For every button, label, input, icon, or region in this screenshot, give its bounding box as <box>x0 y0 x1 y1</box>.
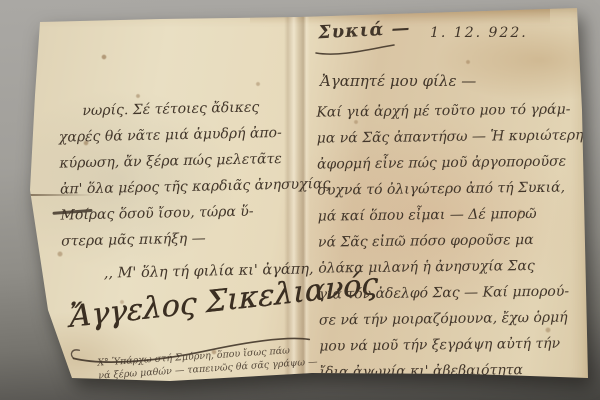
greeting-line: Ἀγαπητέ μου φίλε — <box>320 72 476 90</box>
handwriting-line: μου νά μοῦ τήν ξεγράψη αὐτή τήν <box>319 330 586 359</box>
handwriting-line: στερα μᾶς πικήξη — <box>61 223 332 255</box>
handwriting-line: Καί γιά ἀρχή μέ τοῦτο μου τό γράμ- <box>316 96 583 125</box>
date: 1. 12. 922. <box>430 25 528 41</box>
handwriting-line: σε νά τήν μοιραζόμουνα, ἔχω ὁρμή <box>319 304 586 333</box>
handwriting-line: μά καί ὅπου εἶμαι — Δέ μπορῶ <box>318 200 585 229</box>
place-header: Συκιά — <box>318 18 412 44</box>
handwriting-line: μα νά Σᾶς ἀπαντήσω — Ἡ κυριώτερη <box>317 122 584 151</box>
place-header-underline <box>314 42 398 58</box>
letter-photograph: { "colors":{ "background_gray":"#8f8d88"… <box>0 0 600 400</box>
handwriting-line: γιά τόν ἀδελφό Σας — Καί μπορού- <box>318 278 585 307</box>
handwriting-line: συχνά τό ὀλιγώτερο ἀπό τή Συκιά, <box>317 174 584 203</box>
letter-paper: νωρίς. Σέ τέτοιες ἄδικεςχαρές θά νᾶτε μι… <box>0 0 600 400</box>
left-page: νωρίς. Σέ τέτοιες ἄδικεςχαρές θά νᾶτε μι… <box>58 89 310 94</box>
handwriting-line: νά Σᾶς εἰπῶ πόσο φοροῦσε μα <box>318 226 585 255</box>
handwriting-line: ὁλάκα μιλανή ἡ ἀνησυχία Σας <box>318 252 585 281</box>
right-page-text: Καί γιά ἀρχή μέ τοῦτο μου τό γράμ-μα νά … <box>316 96 586 385</box>
paper-shadow-wrap: νωρίς. Σέ τέτοιες ἄδικεςχαρές θά νᾶτε μι… <box>0 0 600 400</box>
handwriting-line: ἀφορμή εἶνε πώς μοῦ ἀργοποροῦσε <box>317 148 584 177</box>
handwriting-line: ἴδια ἀγωνία κι' ἀβεβαιότητα <box>319 356 586 385</box>
left-page-text: νωρίς. Σέ τέτοιες ἄδικεςχαρές θά νᾶτε μι… <box>58 93 332 255</box>
